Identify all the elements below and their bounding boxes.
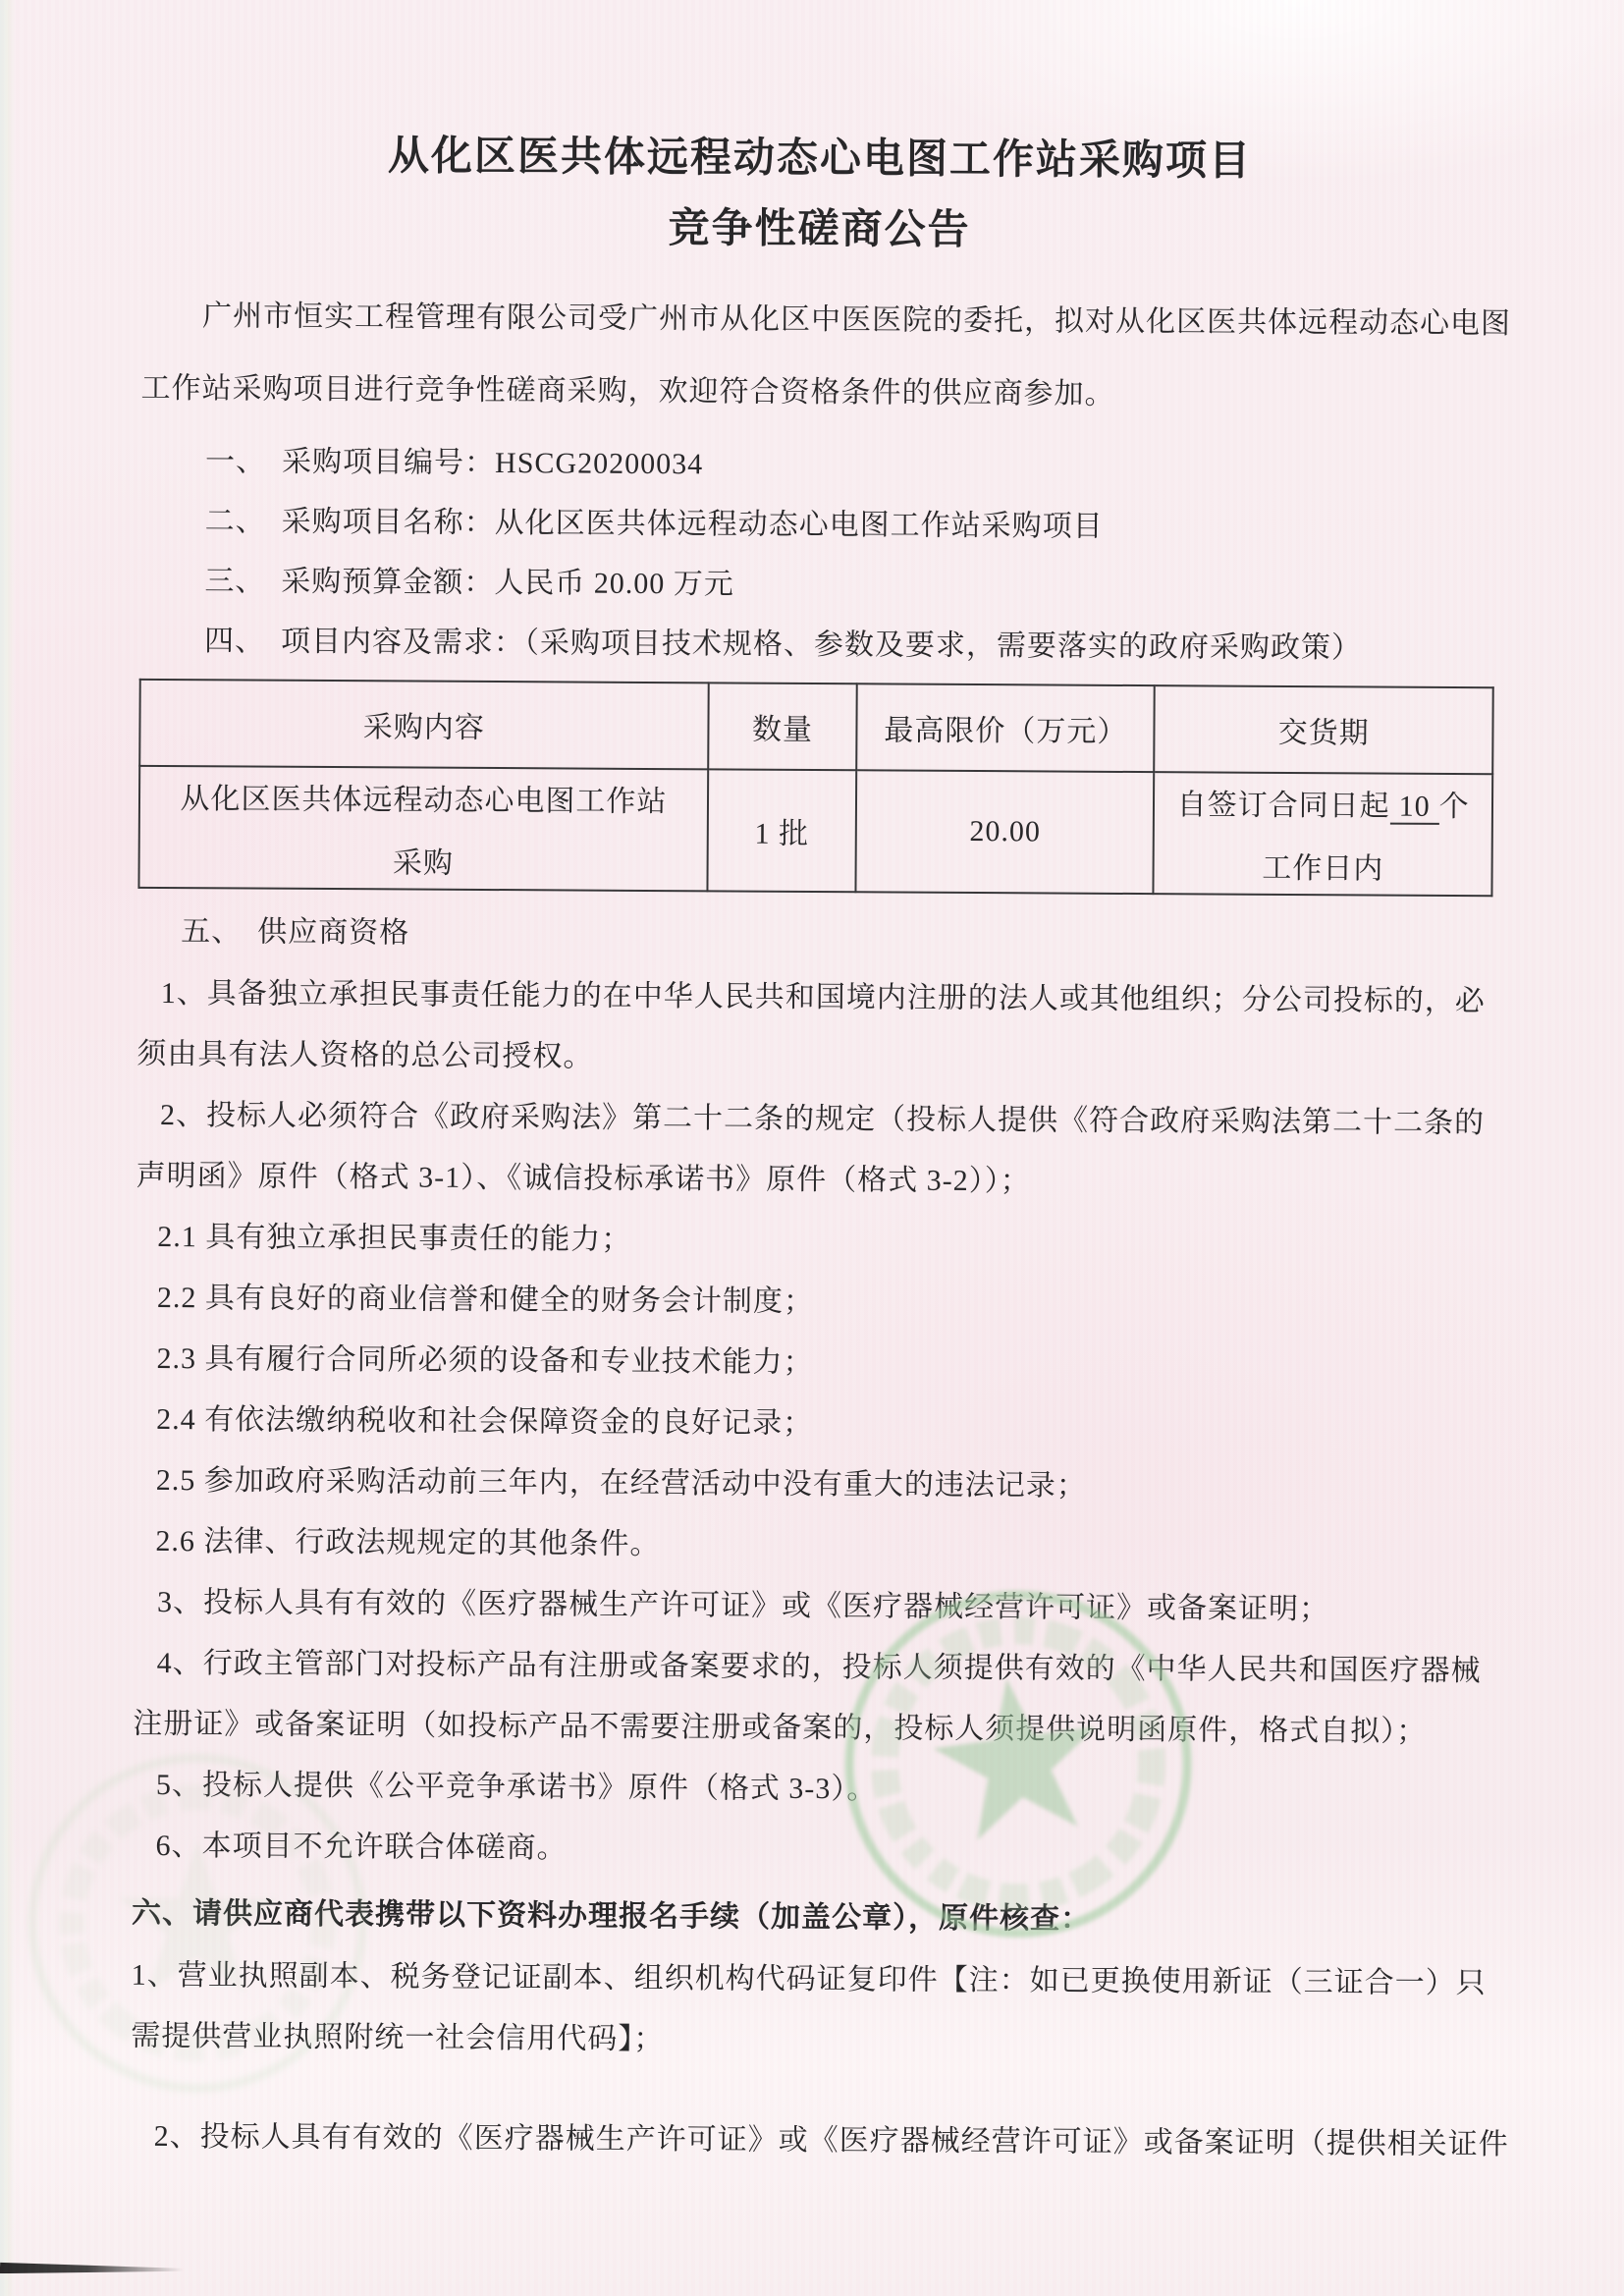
section-5-line: 须由具有法人资格的总公司授权。: [136, 1024, 1491, 1093]
intro-paragraph-line: 广州市恒实工程管理有限公司受广州市从化区中医医院的委托，拟对从化区医共体远程动态…: [141, 280, 1496, 360]
section-5-line: 2.5 参加政府采购活动前三年内，在经营活动中没有重大的违法记录；: [135, 1450, 1489, 1519]
document-title-line2: 竞争性磋商公告: [141, 195, 1496, 262]
section-5-line: 2.1 具有独立承担民事责任的能力；: [135, 1207, 1490, 1276]
section-5-line: 6、本项目不允许联合体磋商。: [132, 1816, 1487, 1885]
delivery-prefix: 自签订合同日起: [1177, 789, 1390, 822]
section-5-line: 2.2 具有良好的商业信誉和健全的财务会计制度；: [135, 1268, 1490, 1337]
delivery-suffix: 个: [1439, 791, 1470, 823]
cell-max-price: 20.00: [856, 770, 1155, 894]
table-header-delivery: 交货期: [1155, 685, 1493, 774]
section-5-line: 5、投标人提供《公平竞争承诺书》原件（格式 3-3）。: [133, 1755, 1488, 1824]
section-6-heading: 六、请供应商代表携带以下资料办理报名手续（加盖公章），原件核查：: [132, 1883, 1487, 1953]
cell-quantity: 1 批: [707, 769, 856, 892]
section-6-line: 1、营业执照副本、税务登记证副本、组织机构代码证复印件【注：如已更换使用新证（三…: [132, 1945, 1487, 2014]
numbered-item-3: 三、 采购预算金额：人民币 20.00 万元: [139, 551, 1494, 619]
section-5-line: 2、投标人必须符合《政府采购法》第二十二条的规定（投标人提供《符合政府采购法第二…: [136, 1085, 1491, 1154]
delivery-days-underlined: 10: [1390, 791, 1439, 825]
section-5-line: 2.6 法律、行政法规规定的其他条件。: [134, 1511, 1489, 1580]
table-header-max-price: 最高限价（万元）: [857, 683, 1156, 772]
cell-content: 从化区医共体远程动态心电图工作站 采购: [138, 766, 707, 892]
section-6-line: 2、投标人具有有效的《医疗器械生产许可证》或《医疗器械经营许可证》或备案证明（提…: [131, 2106, 1486, 2175]
cell-delivery-line1: 自签订合同日起10个: [1155, 780, 1491, 825]
numbered-item-4: 四、 项目内容及需求：（采购项目技术规格、参数及要求，需要落实的政府采购政策）: [139, 611, 1494, 679]
section-5-heading: 五、 供应商资格: [137, 901, 1492, 971]
cell-content-line1: 从化区医共体远程动态心电图工作站: [140, 774, 707, 821]
numbered-item-1: 一、 采购项目编号：HSCG20200034: [140, 431, 1495, 499]
table-header-content: 采购内容: [139, 680, 708, 770]
table-row: 从化区医共体远程动态心电图工作站 采购 1 批 20.00 自签订合同日起10个…: [138, 766, 1492, 896]
cell-delivery: 自签订合同日起10个 工作日内: [1154, 772, 1492, 896]
section-5-line: 4、行政主管部门对投标产品有注册或备案要求的，投标人须提供有效的《中华人民共和国…: [133, 1633, 1488, 1702]
cell-content-line2: 采购: [140, 837, 707, 884]
document-sheet: 从化区医共体远程动态心电图工作站采购项目 竞争性磋商公告 广州市恒实工程管理有限…: [0, 0, 1624, 2296]
section-5-line: 2.4 有依法缴纳税收和社会保障资金的良好记录；: [135, 1390, 1489, 1458]
section-5-line: 注册证》或备案证明（如投标产品不需要注册或备案的，投标人须提供说明函原件，格式自…: [133, 1694, 1488, 1763]
table-header-quantity: 数量: [708, 683, 857, 770]
table-header-row: 采购内容 数量 最高限价（万元） 交货期: [139, 680, 1493, 774]
section-5-line: 3、投标人具有有效的《医疗器械生产许可证》或《医疗器械经营许可证》或备案证明；: [134, 1572, 1489, 1641]
section-6-line: 需提供营业执照附统一社会信用代码】；: [131, 2006, 1486, 2075]
document-title-line1: 从化区医共体远程动态心电图工作站采购项目: [142, 125, 1497, 191]
section-5-line: 声明函》原件（格式 3-1）、《诚信投标承诺书》原件（格式 3-2））；: [135, 1146, 1490, 1215]
section-5-line: 1、具备独立承担民事责任能力的在中华人民共和国境内注册的法人或其他组织；分公司投…: [137, 963, 1492, 1032]
procurement-table: 采购内容 数量 最高限价（万元） 交货期 从化区医共体远程动态心电图工作站 采购…: [137, 679, 1493, 897]
section-5-line: 2.3 具有履行合同所必须的设备和专业技术能力；: [135, 1329, 1489, 1397]
intro-paragraph-line: 工作站采购项目进行竞争性磋商采购，欢迎符合资格条件的供应商参加。: [140, 353, 1495, 433]
scanned-page: 从化区医共体远程动态心电图工作站采购项目 竞争性磋商公告 广州市恒实工程管理有限…: [0, 0, 1624, 2296]
numbered-item-2: 二、 采购项目名称：从化区医共体远程动态心电图工作站采购项目: [140, 491, 1495, 559]
cell-delivery-line2: 工作日内: [1155, 843, 1491, 888]
